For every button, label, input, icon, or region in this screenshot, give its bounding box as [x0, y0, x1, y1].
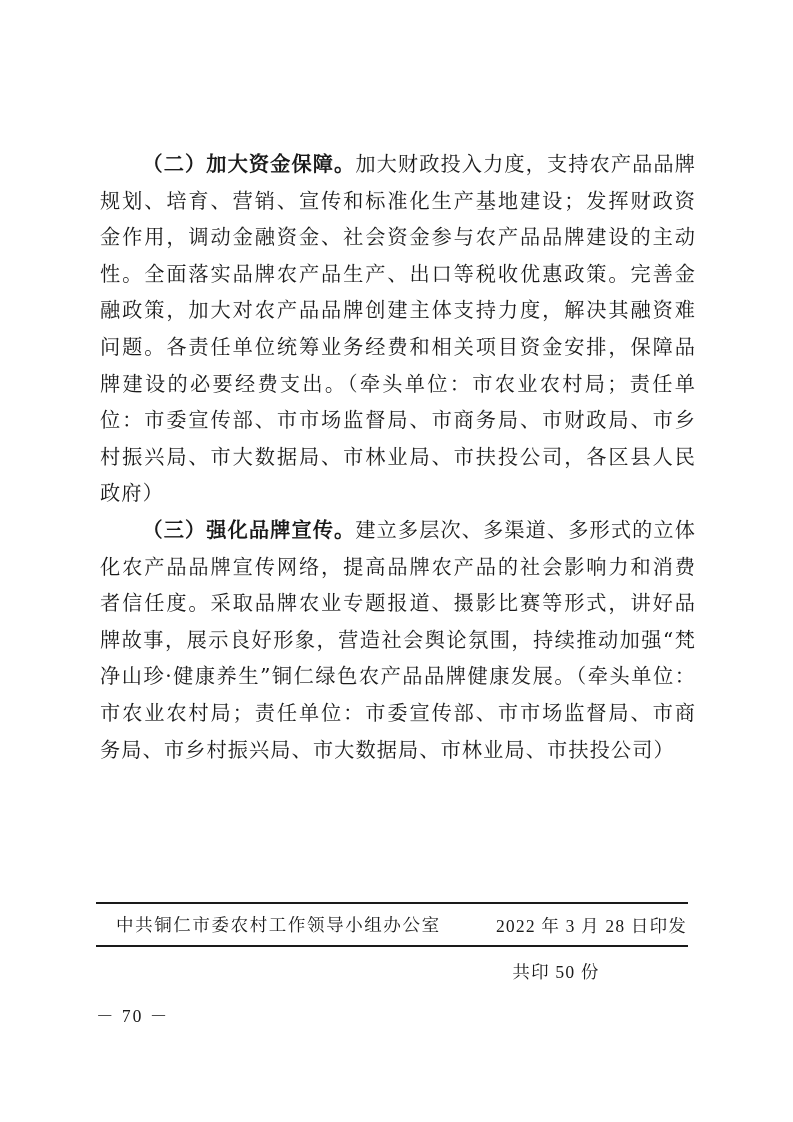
section-brand-promotion: （三）强化品牌宣传。建立多层次、多渠道、多形式的立体化农产品品牌宣传网络，提高品…	[100, 512, 696, 768]
footer-top-rule	[96, 902, 688, 904]
section-heading: （三）强化品牌宣传。	[142, 518, 355, 542]
footer-issue-date: 2022 年 3 月 28 日印发	[496, 914, 687, 938]
section-funding-guarantee: （二）加大资金保障。加大财政投入力度，支持农产品品牌规划、培育、营销、宣传和标准…	[100, 146, 696, 512]
section-body: 加大财政投入力度，支持农产品品牌规划、培育、营销、宣传和标准化生产基地建设；发挥…	[100, 152, 696, 396]
footer-issuer: 中共铜仁市委农村工作领导小组办公室	[116, 914, 441, 938]
document-page: （二）加大资金保障。加大财政投入力度，支持农产品品牌规划、培育、营销、宣传和标准…	[0, 0, 793, 1122]
section-body: 建立多层次、多渠道、多形式的立体化农产品品牌宣传网络，提高品牌农产品的社会影响力…	[100, 518, 696, 688]
footer-bottom-rule	[96, 945, 688, 947]
document-body: （二）加大资金保障。加大财政投入力度，支持农产品品牌规划、培育、营销、宣传和标准…	[100, 146, 696, 768]
page-number: － 70 －	[96, 1004, 169, 1028]
section-heading: （二）加大资金保障。	[142, 152, 355, 176]
footer-copies: 共印 50 份	[476, 960, 636, 984]
